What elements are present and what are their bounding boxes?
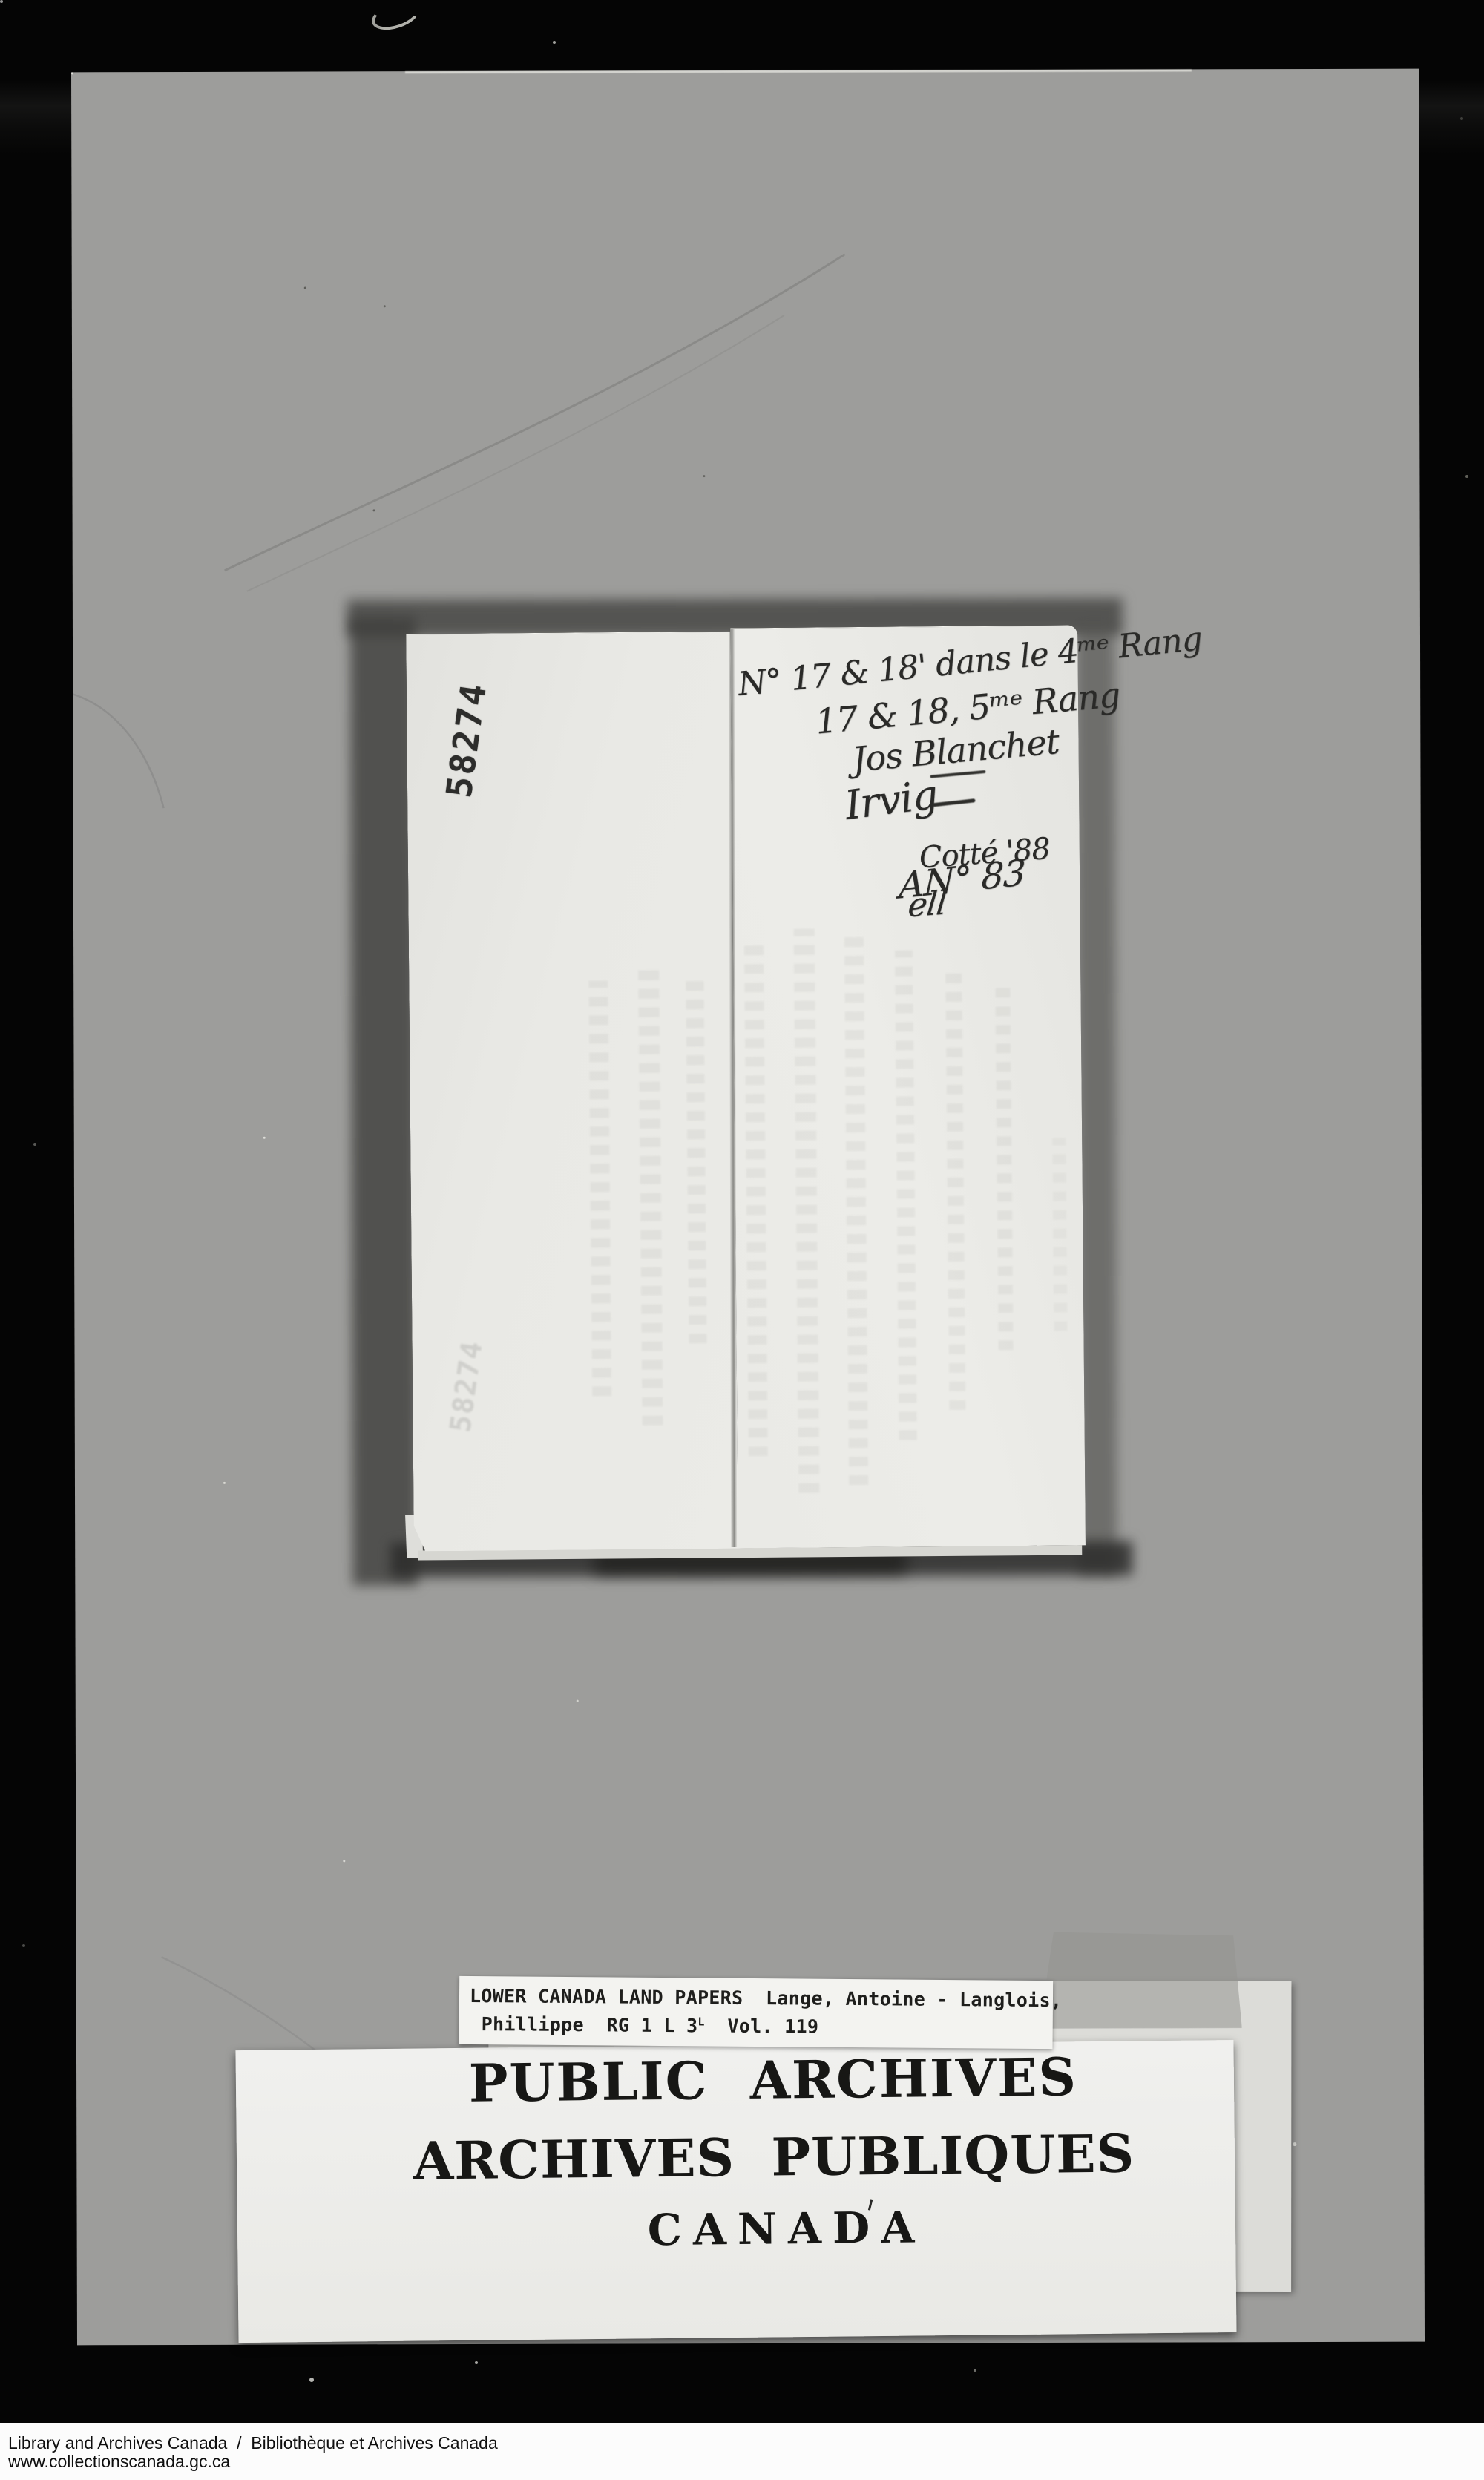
- film-edge-curl-artifact: [368, 0, 422, 35]
- archival-scan-page: 58274 58274 N° 17 & 18' dans le 4ᵐᵉ Rang…: [0, 0, 1484, 2480]
- reference-label-line-2: Phillippe RG 1 L 3L Vol. 119: [482, 2013, 819, 2038]
- bleed-through-column: [1052, 1138, 1067, 1331]
- footer-bar: Library and Archives Canada / Bibliothèq…: [0, 2423, 1484, 2480]
- bleed-through-column: [945, 965, 965, 1410]
- bleed-through-column: [844, 936, 868, 1485]
- backing-board: 58274 58274 N° 17 & 18' dans le 4ᵐᵉ Rang…: [71, 69, 1425, 2346]
- card-title-country: CANADA: [647, 2202, 925, 2255]
- superscript-l: L: [697, 2015, 704, 2028]
- dust-specks: [0, 0, 3, 3]
- tape-strip: [1031, 1929, 1242, 2029]
- footer-website: www.collectionscanada.gc.ca: [8, 2452, 230, 2472]
- card-title-french: ARCHIVES PUBLIQUES: [413, 2122, 1135, 2191]
- bleed-through-column: [794, 929, 820, 1493]
- reference-line-2-suffix: Vol. 119: [705, 2015, 819, 2037]
- reference-label-line-1: LOWER CANADA LAND PAPERS Lange, Antoine …: [470, 1985, 1062, 2011]
- handwriting-line-7: ell: [906, 884, 948, 925]
- reference-label: LOWER CANADA LAND PAPERS Lange, Antoine …: [459, 1976, 1053, 2049]
- bleed-through-column: [588, 980, 611, 1396]
- bleed-through-column: [638, 965, 663, 1426]
- bleed-through-column: [895, 950, 917, 1440]
- footer-attribution: Library and Archives Canada / Bibliothèq…: [8, 2433, 498, 2453]
- reference-line-2-prefix: Phillippe RG 1 L 3: [482, 2013, 698, 2036]
- bleed-through-column: [686, 972, 706, 1343]
- bleed-through-column: [744, 936, 768, 1456]
- archives-card: PUBLIC ARCHIVES ARCHIVES PUBLIQUES CANAD…: [235, 2040, 1236, 2343]
- bleed-through-column: [995, 979, 1013, 1350]
- card-title-english: PUBLIC ARCHIVES: [468, 2046, 1077, 2114]
